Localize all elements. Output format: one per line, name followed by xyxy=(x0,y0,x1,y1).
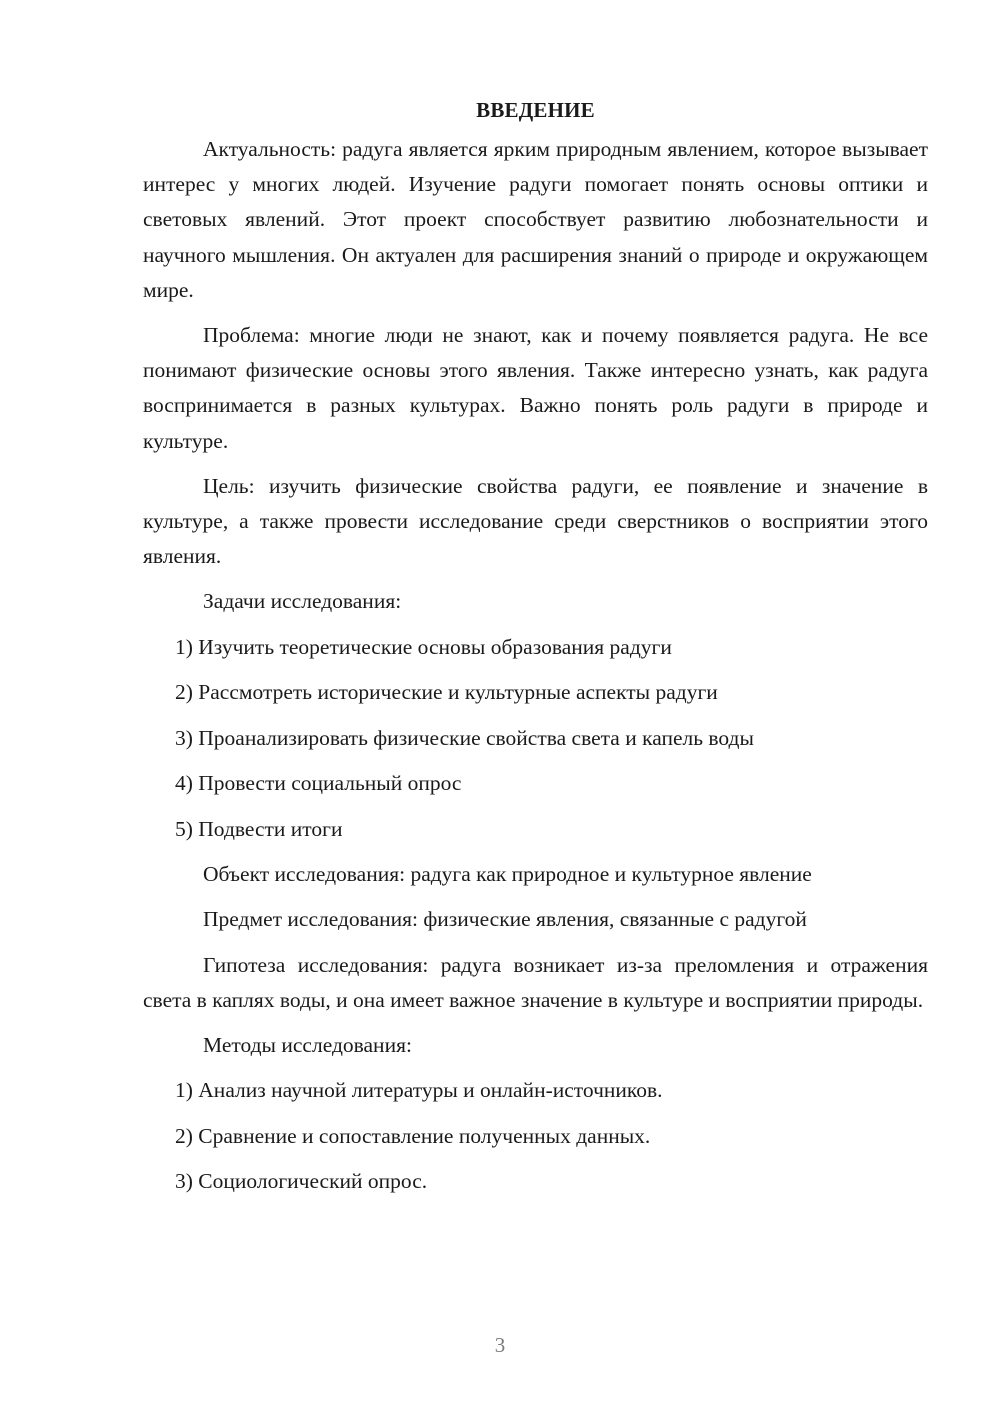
task-item: 4) Провести социальный опрос xyxy=(143,766,928,801)
goal-paragraph: Цель: изучить физические свойства радуги… xyxy=(143,469,928,575)
task-item: 1) Изучить теоретические основы образова… xyxy=(143,630,928,665)
hypothesis-paragraph: Гипотеза исследования: радуга возникает … xyxy=(143,948,928,1018)
task-item: 5) Подвести итоги xyxy=(143,812,928,847)
relevance-paragraph: Актуальность: радуга является ярким прир… xyxy=(143,132,928,308)
page-number: 3 xyxy=(0,1333,1000,1358)
tasks-heading: Задачи исследования: xyxy=(143,584,928,619)
method-item: 2) Сравнение и сопоставление полученных … xyxy=(143,1119,928,1154)
document-page: ВВЕДЕНИЕ Актуальность: радуга является я… xyxy=(143,92,928,1210)
tasks-list: 1) Изучить теоретические основы образова… xyxy=(143,630,928,847)
section-title: ВВЕДЕНИЕ xyxy=(143,92,928,128)
methods-list: 1) Анализ научной литературы и онлайн-ис… xyxy=(143,1073,928,1199)
methods-heading: Методы исследования: xyxy=(143,1028,928,1063)
problem-paragraph: Проблема: многие люди не знают, как и по… xyxy=(143,318,928,459)
method-item: 1) Анализ научной литературы и онлайн-ис… xyxy=(143,1073,928,1108)
research-object: Объект исследования: радуга как природно… xyxy=(143,857,928,892)
task-item: 3) Проанализировать физические свойства … xyxy=(143,721,928,756)
research-subject: Предмет исследования: физические явления… xyxy=(143,902,928,937)
task-item: 2) Рассмотреть исторические и культурные… xyxy=(143,675,928,710)
method-item: 3) Социологический опрос. xyxy=(143,1164,928,1199)
